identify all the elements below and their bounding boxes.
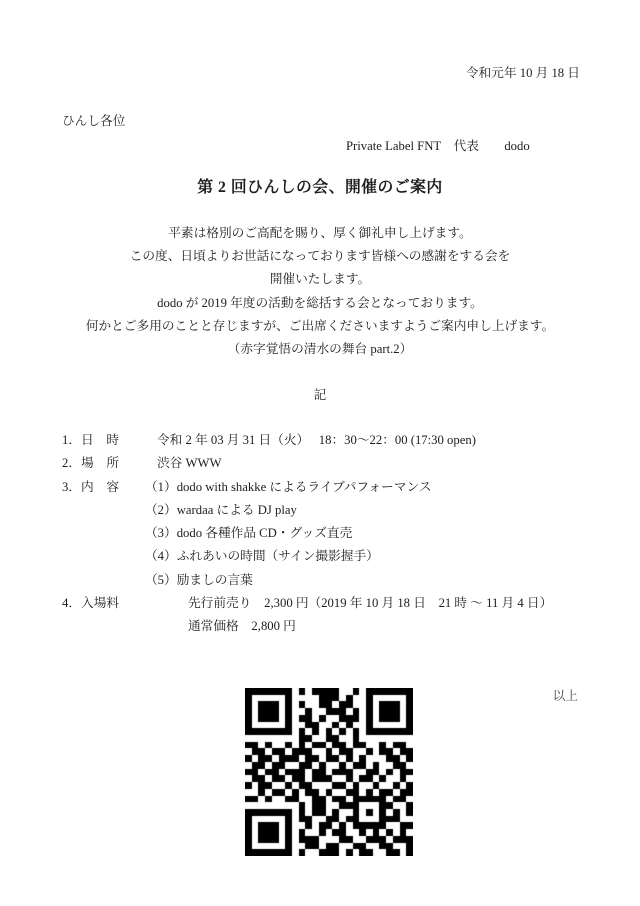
detail-value-place: 渋谷 WWW	[157, 452, 221, 475]
detail-value-contents-1: （1）dodo with shakke によるライブパフォーマンス	[145, 476, 432, 499]
record-marker: 記	[0, 384, 640, 403]
greeting-block: 平素は格別のご高配を賜り、厚く御礼申し上げます。 この度、日頃よりお世話になって…	[0, 222, 640, 361]
detail-row-contents: 3．内 容 （1）dodo with shakke によるライブパフォーマンス	[62, 476, 552, 499]
document-title: 第 2 回ひんしの会、開催のご案内	[0, 174, 640, 197]
recipient-line: ひんし各位	[62, 110, 125, 129]
detail-row-contents-4: （4）ふれあいの時間（サイン撮影握手）	[62, 545, 552, 568]
detail-row-place: 2．場 所 渋谷 WWW	[62, 452, 552, 475]
detail-value-datetime: 令和 2 年 03 月 31 日（火） 18：30～22：00 (17:30 o…	[157, 429, 476, 452]
detail-value-contents-3: （3）dodo 各種作品 CD・グッズ直売	[145, 522, 352, 545]
closing-marker: 以上	[553, 685, 578, 704]
detail-row-contents-3: （3）dodo 各種作品 CD・グッズ直売	[62, 522, 552, 545]
detail-label-admission: 4．入場料	[62, 592, 188, 615]
details-list: 1．日 時 令和 2 年 03 月 31 日（火） 18：30～22：00 (1…	[62, 429, 552, 639]
greeting-line-4: dodo が 2019 年度の活動を総括する会となっております。	[0, 292, 640, 315]
detail-value-contents-5: （5）励ましの言葉	[145, 569, 253, 592]
greeting-line-5: 何かとご多用のことと存じますが、ご出席くださいますようご案内申し上げます。	[0, 315, 640, 338]
detail-row-datetime: 1．日 時 令和 2 年 03 月 31 日（火） 18：30～22：00 (1…	[62, 429, 552, 452]
greeting-line-2: この度、日頃よりお世話になっております皆様への感謝をする会を	[0, 245, 640, 268]
detail-row-contents-2: （2）wardaa による DJ play	[62, 499, 552, 522]
detail-row-contents-5: （5）励ましの言葉	[62, 569, 552, 592]
detail-label-contents: 3．内 容	[62, 476, 145, 499]
greeting-line-1: 平素は格別のご高配を賜り、厚く御礼申し上げます。	[0, 222, 640, 245]
qr-code	[245, 688, 413, 856]
document-date: 令和元年 10 月 18 日	[466, 62, 580, 81]
detail-value-contents-2: （2）wardaa による DJ play	[145, 499, 297, 522]
sender-line: Private Label FNT 代表 dodo	[346, 135, 530, 154]
detail-row-admission: 4．入場料 先行前売り 2,300 円（2019 年 10 月 18 日 21 …	[62, 592, 552, 615]
detail-value-admission-advance: 先行前売り 2,300 円（2019 年 10 月 18 日 21 時 ～ 11…	[188, 592, 552, 615]
detail-row-admission-regular: 通常価格 2,800 円	[62, 615, 552, 638]
greeting-line-3: 開催いたします。	[0, 268, 640, 291]
document-page: 令和元年 10 月 18 日 ひんし各位 Private Label FNT 代…	[0, 0, 640, 906]
detail-label-datetime: 1．日 時	[62, 429, 157, 452]
greeting-line-6: （赤字覚悟の清水の舞台 part.2）	[0, 338, 640, 361]
detail-value-admission-regular: 通常価格 2,800 円	[188, 615, 296, 638]
detail-label-place: 2．場 所	[62, 452, 157, 475]
detail-value-contents-4: （4）ふれあいの時間（サイン撮影握手）	[145, 545, 379, 568]
